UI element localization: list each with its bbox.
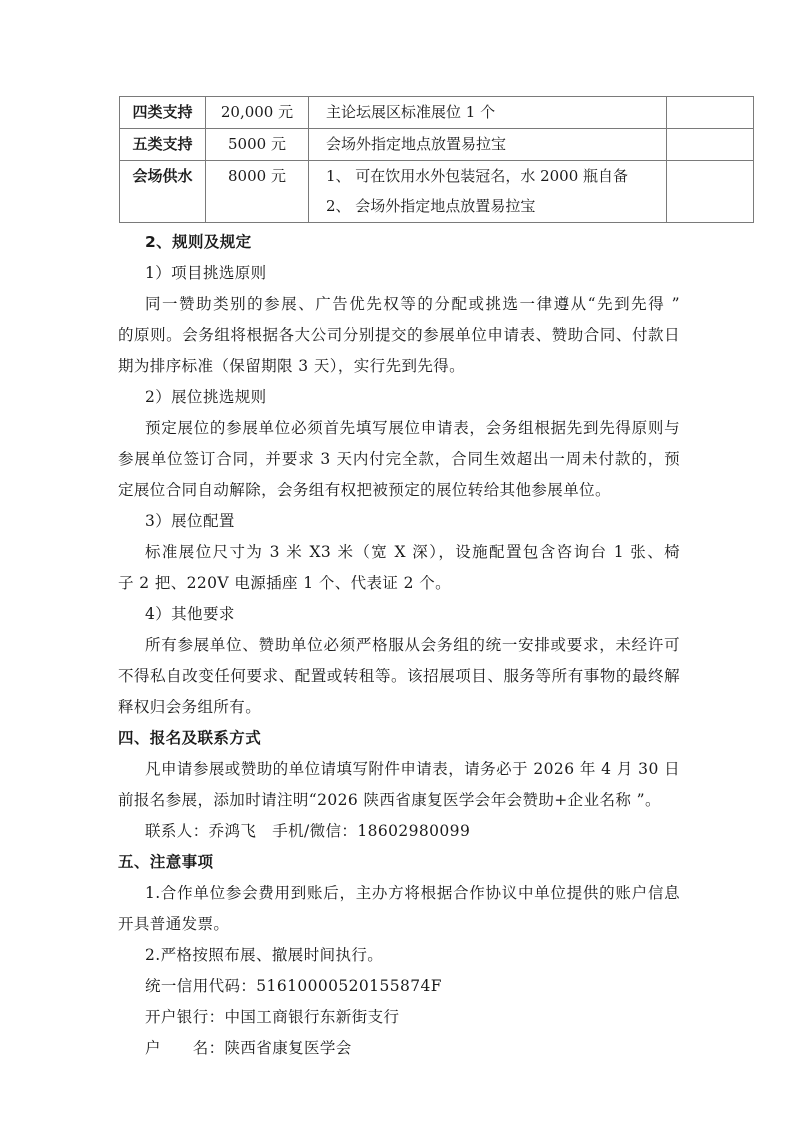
subsection-title: 2）展位挑选规则	[145, 387, 680, 407]
paragraph-line: 开具普通发票。	[118, 914, 680, 934]
table-row: 会场供水 8000 元 1、 可在饮用水外包装冠名，水 2000 瓶自备 2、 …	[120, 161, 754, 223]
content-line: 主论坛展区标准展位 1 个	[326, 97, 666, 128]
content-cell: 会场外指定地点放置易拉宝	[309, 129, 667, 161]
table-row: 五类支持 5000 元 会场外指定地点放置易拉宝	[120, 129, 754, 161]
paragraph-line: 释权归会务组所有。	[118, 697, 680, 717]
category-cell: 会场供水	[120, 161, 206, 223]
amount-cell: 20,000 元	[206, 97, 309, 129]
section-heading: 五、注意事项	[118, 852, 680, 872]
content-line: 会场外指定地点放置易拉宝	[326, 129, 666, 160]
note-cell	[667, 161, 754, 223]
bank-name: 开户银行：中国工商银行东新街支行	[145, 1007, 680, 1027]
section-heading: 四、报名及联系方式	[118, 728, 680, 748]
content-line: 1、 可在饮用水外包装冠名，水 2000 瓶自备	[326, 161, 666, 191]
note-cell	[667, 129, 754, 161]
subsection-title: 1）项目挑选原则	[145, 263, 680, 283]
subsection-title: 3）展位配置	[145, 511, 680, 531]
paragraph-line: 的原则。会务组将根据各大公司分别提交的参展单位申请表、赞助合同、付款日	[118, 325, 680, 345]
sponsorship-table: 四类支持 20,000 元 主论坛展区标准展位 1 个 五类支持 5000 元 …	[119, 96, 754, 223]
paragraph-line: 子 2 把、220V 电源插座 1 个、代表证 2 个。	[118, 573, 680, 593]
paragraph-line: 前报名参展，添加时请注明“2026 陕西省康复医学会年会赞助+企业名称 ”。	[118, 790, 680, 810]
subsection-title: 4）其他要求	[145, 604, 680, 624]
content-line: 2、 会场外指定地点放置易拉宝	[326, 191, 666, 221]
paragraph-line: 同一赞助类别的参展、广告优先权等的分配或挑选一律遵从“先到先得 ”	[145, 294, 680, 314]
document-page: 四类支持 20,000 元 主论坛展区标准展位 1 个 五类支持 5000 元 …	[0, 0, 794, 1122]
credit-code: 统一信用代码：51610000520155874F	[145, 976, 680, 996]
paragraph-line: 定展位合同自动解除，会务组有权把被预定的展位转给其他参展单位。	[118, 480, 680, 500]
paragraph-line: 标准展位尺寸为 3 米 X3 米（宽 X 深），设施配置包含咨询台 1 张、椅	[145, 542, 680, 562]
paragraph-line: 期为排序标准（保留期限 3 天），实行先到先得。	[118, 356, 680, 376]
section-heading: 2、规则及规定	[145, 232, 680, 252]
content-cell: 主论坛展区标准展位 1 个	[309, 97, 667, 129]
amount-cell: 8000 元	[206, 161, 309, 223]
contact-info: 联系人：乔鸿飞 手机/微信：18602980099	[145, 821, 680, 841]
paragraph-line: 凡申请参展或赞助的单位请填写附件申请表，请务必于 2026 年 4 月 30 日	[145, 759, 680, 779]
paragraph-line: 预定展位的参展单位必须首先填写展位申请表，会务组根据先到先得原则与	[145, 418, 680, 438]
amount-cell: 5000 元	[206, 129, 309, 161]
table-row: 四类支持 20,000 元 主论坛展区标准展位 1 个	[120, 97, 754, 129]
note-cell	[667, 97, 754, 129]
account-name: 户 名：陕西省康复医学会	[145, 1038, 680, 1058]
category-cell: 四类支持	[120, 97, 206, 129]
paragraph-line: 参展单位签订合同，并要求 3 天内付完全款，合同生效超出一周未付款的，预	[118, 449, 680, 469]
paragraph-line: 所有参展单位、赞助单位必须严格服从会务组的统一安排或要求，未经许可	[145, 635, 680, 655]
content-cell: 1、 可在饮用水外包装冠名，水 2000 瓶自备 2、 会场外指定地点放置易拉宝	[309, 161, 667, 223]
paragraph-line: 1.合作单位参会费用到账后，主办方将根据合作协议中单位提供的账户信息	[145, 883, 680, 903]
paragraph-line: 不得私自改变任何要求、配置或转租等。该招展项目、服务等所有事物的最终解	[118, 666, 680, 686]
category-cell: 五类支持	[120, 129, 206, 161]
paragraph-line: 2.严格按照布展、撤展时间执行。	[145, 945, 680, 965]
